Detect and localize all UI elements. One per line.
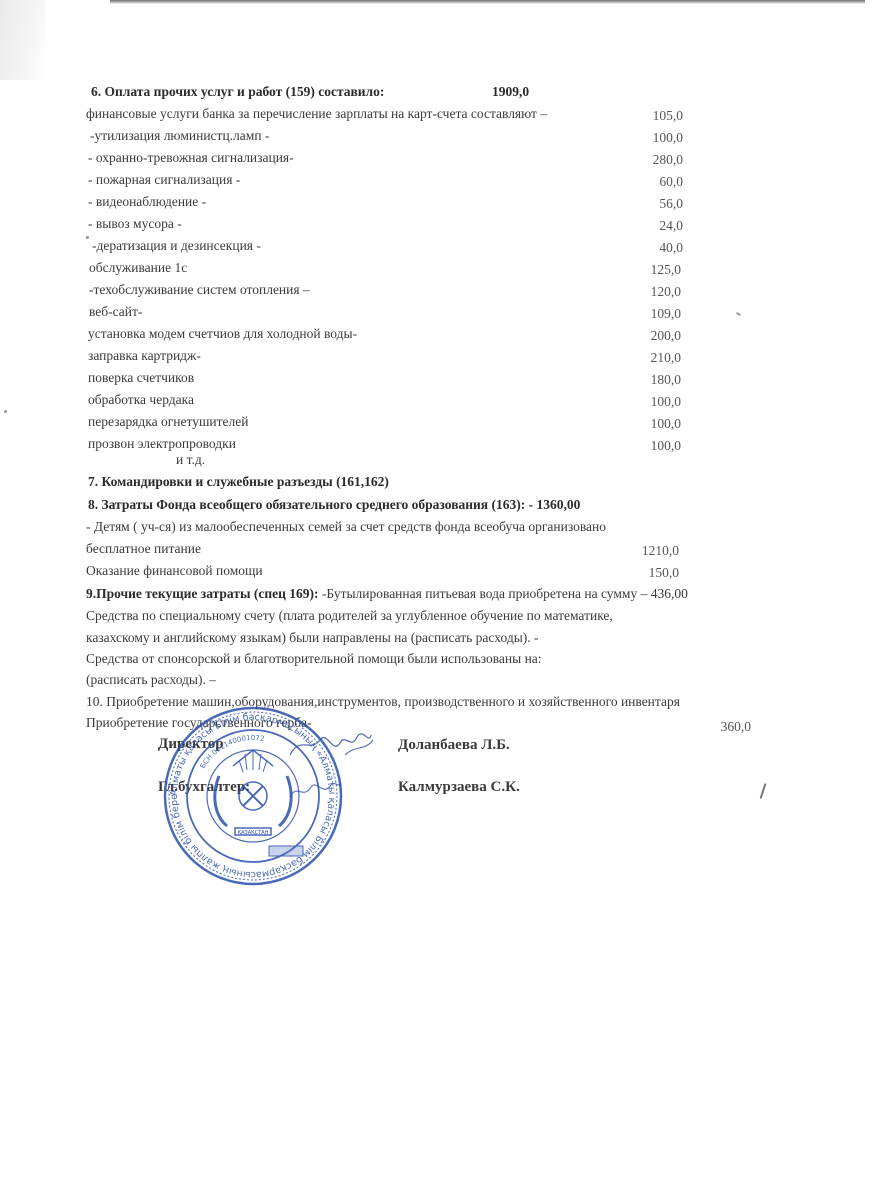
section6-item-value: 210,0 (611, 350, 681, 366)
section6-item-label: установка модем счетчиов для холодной во… (88, 326, 357, 342)
scan-speck (736, 312, 741, 316)
section10-line-value: 360,0 (681, 719, 751, 735)
section6-item-value: 24,0 (613, 218, 683, 234)
section9-line: (расписать расходы). – (86, 672, 216, 688)
page-top-edge (110, 0, 865, 4)
section9-title-rest: -Бутылированная питьевая вода приобретен… (319, 586, 688, 601)
section6-item-value: 200,0 (611, 328, 681, 344)
section8-aid-label: Оказание финансовой помощи (86, 563, 263, 579)
section9-line: Средства по специальному счету (плата ро… (86, 608, 613, 624)
section6-etc: и т.д. (176, 452, 205, 468)
section6-item-value: 100,0 (613, 130, 683, 146)
section9-title: 9.Прочие текущие затраты (спец 169): (86, 586, 319, 601)
scan-speck (4, 410, 7, 413)
section6-item-label: финансовые услуги банка за перечисление … (86, 106, 547, 122)
section8-aid-value: 150,0 (609, 565, 679, 581)
pen-mark (760, 783, 767, 799)
section6-item-value: 56,0 (613, 196, 683, 212)
section6-item-label: заправка картридж- (88, 348, 201, 364)
section6-item-value: 125,0 (611, 262, 681, 278)
section9-heading: 9.Прочие текущие затраты (спец 169): -Бу… (86, 586, 688, 602)
section6-item-value: 60,0 (613, 174, 683, 190)
section6-item-label: прозвон электропроводки (88, 436, 236, 452)
section6-item-label: поверка счетчиков (88, 370, 194, 386)
section6-item-value: 180,0 (611, 372, 681, 388)
section6-item-value: 280,0 (613, 152, 683, 168)
section7-title: 7. Командировки и служебные разъезды (16… (88, 474, 389, 490)
stamp-emblem-icon: Алматы қаласы Білім басқармасының «Алмат… (163, 706, 343, 886)
section6-item-label: -утилизация люминистц.ламп - (90, 128, 269, 144)
page-fold-shadow (0, 0, 45, 80)
section6-item-value: 100,0 (611, 438, 681, 454)
section8-free-meals-value: 1210,0 (609, 543, 679, 559)
section6-item-label: - пожарная сигнализация - (88, 172, 240, 188)
section8-title: 8. Затраты Фонда всеобщего обязательного… (88, 497, 580, 513)
section8-line1: - Детям ( уч-ся) из малообеспеченных сем… (86, 519, 606, 535)
section6-item-label: обслуживание 1с (89, 260, 187, 276)
section6-item-label: -техобслуживание систем отопления – (89, 282, 310, 298)
section6-item-value: 100,0 (611, 394, 681, 410)
director-name: Доланбаева Л.Б. (398, 737, 510, 754)
section6-item-label: - охранно-тревожная сигнализация- (88, 150, 294, 166)
stamp-country: ҚАЗАҚСТАН (238, 830, 269, 836)
section6-item-value: 100,0 (611, 416, 681, 432)
scan-speck (86, 236, 89, 239)
section6-item-value: 109,0 (611, 306, 681, 322)
section6-item-label: перезарядка огнетушителей (88, 414, 248, 430)
section9-line: казахскому и английскому языкам) были на… (86, 630, 539, 646)
official-stamp: Алматы қаласы Білім басқармасының «Алмат… (163, 706, 343, 886)
section6-item-label: - видеонаблюдение - (88, 194, 206, 210)
section6-item-value: 40,0 (613, 240, 683, 256)
section6-item-label: веб-сайт- (89, 304, 142, 320)
section8-free-meals-label: бесплатное питание (86, 541, 201, 557)
accountant-name: Калмурзаева С.К. (398, 779, 520, 796)
section6-title: 6. Оплата прочих услуг и работ (159) сос… (91, 84, 384, 100)
section6-item-value: 120,0 (611, 284, 681, 300)
section6-item-label: -дератизация и дезинсекция - (92, 238, 261, 254)
section6-item-label: обработка чердака (88, 392, 194, 408)
section6-item-value: 105,0 (613, 108, 683, 124)
section9-line: Средства от спонсорской и благотворитель… (86, 651, 542, 667)
section6-item-label: - вывоз мусора - (88, 216, 182, 232)
section6-total: 1909,0 (492, 84, 529, 100)
